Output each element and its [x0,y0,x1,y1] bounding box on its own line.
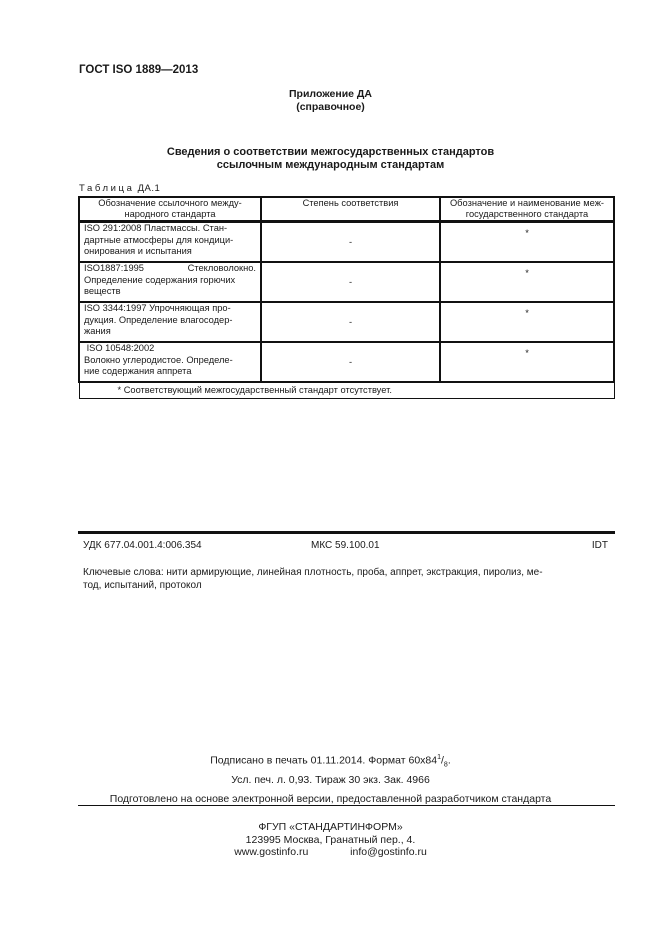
degree-of-correspondence: IDT [592,540,608,551]
udk-code: УДК 677.04.001.4:006.354 [83,540,202,551]
prepared-note: Подготовлено на основе электронной верси… [0,793,661,805]
divider [78,805,615,806]
table-caption-word: Таблица [79,183,134,194]
section-title-line: Сведения о соответствии межгосударственн… [0,146,661,159]
publisher-name: ФГУП «СТАНДАРТИНФОРМ» [0,821,661,834]
table-caption: Таблица ДА.1 [79,183,160,194]
print-info: Усл. печ. л. 0,93. Тираж 30 экз. Зак. 49… [0,774,661,786]
table-header-row: Обозначение ссылочного между- народного … [79,197,614,222]
reference-standard-cell: ISO 3344:1997 Упрочняющая про-дукция. Оп… [79,302,261,342]
website-link[interactable]: www.gostinfo.ru [234,846,308,859]
reference-standard-cell: ISO 291:2008 Пластмассы. Стан-дартные ат… [79,222,261,263]
signed-for-print: Подписано в печать 01.11.2014. Формат 60… [0,754,661,769]
keywords: Ключевые слова: нити армирующие, линейна… [83,566,608,592]
table-row: ISO 3344:1997 Упрочняющая про-дукция. Оп… [79,302,614,342]
email-link[interactable]: info@gostinfo.ru [350,846,427,859]
interstate-standard-cell: * [440,302,614,342]
compliance-cell: - [261,262,440,302]
table-footnote-row: * Соответствующий межгосударственный ста… [79,382,614,399]
column-header-compliance: Степень соответствия [261,197,440,222]
interstate-standard-cell: * [440,222,614,263]
table-row: ISO 10548:2002Волокно углеродистое. Опре… [79,342,614,382]
table-row: ISO 291:2008 Пластмассы. Стан-дартные ат… [79,222,614,263]
mks-code: МКС 59.100.01 [311,540,380,551]
appendix-heading: Приложение ДА (справочное) [0,88,661,113]
column-header-interstate: Обозначение и наименование меж- государс… [440,197,614,222]
compliance-cell: - [261,222,440,263]
reference-standard-cell: ISO1887:1995Стекловолокно.Определение со… [79,262,261,302]
table-caption-id: ДА.1 [138,183,161,194]
appendix-subtitle: (справочное) [0,101,661,114]
interstate-standard-cell: * [440,342,614,382]
divider [78,531,615,534]
compliance-cell: - [261,342,440,382]
appendix-title: Приложение ДА [0,88,661,101]
correspondence-table: Обозначение ссылочного между- народного … [78,196,615,399]
column-header-reference: Обозначение ссылочного между- народного … [79,197,261,222]
document-code: ГОСТ ISO 1889—2013 [79,64,198,76]
publisher-block: ФГУП «СТАНДАРТИНФОРМ» 123995 Москва, Гра… [0,821,661,859]
section-title-line: ссылочным международным стандартам [0,159,661,172]
interstate-standard-cell: * [440,262,614,302]
publisher-address: 123995 Москва, Гранатный пер., 4. [0,834,661,847]
section-title: Сведения о соответствии межгосударственн… [0,146,661,172]
compliance-cell: - [261,302,440,342]
table-footnote: * Соответствующий межгосударственный ста… [79,382,614,399]
table-row: ISO1887:1995Стекловолокно.Определение со… [79,262,614,302]
publisher-contacts: www.gostinfo.ru info@gostinfo.ru [0,846,661,859]
reference-standard-cell: ISO 10548:2002Волокно углеродистое. Опре… [79,342,261,382]
